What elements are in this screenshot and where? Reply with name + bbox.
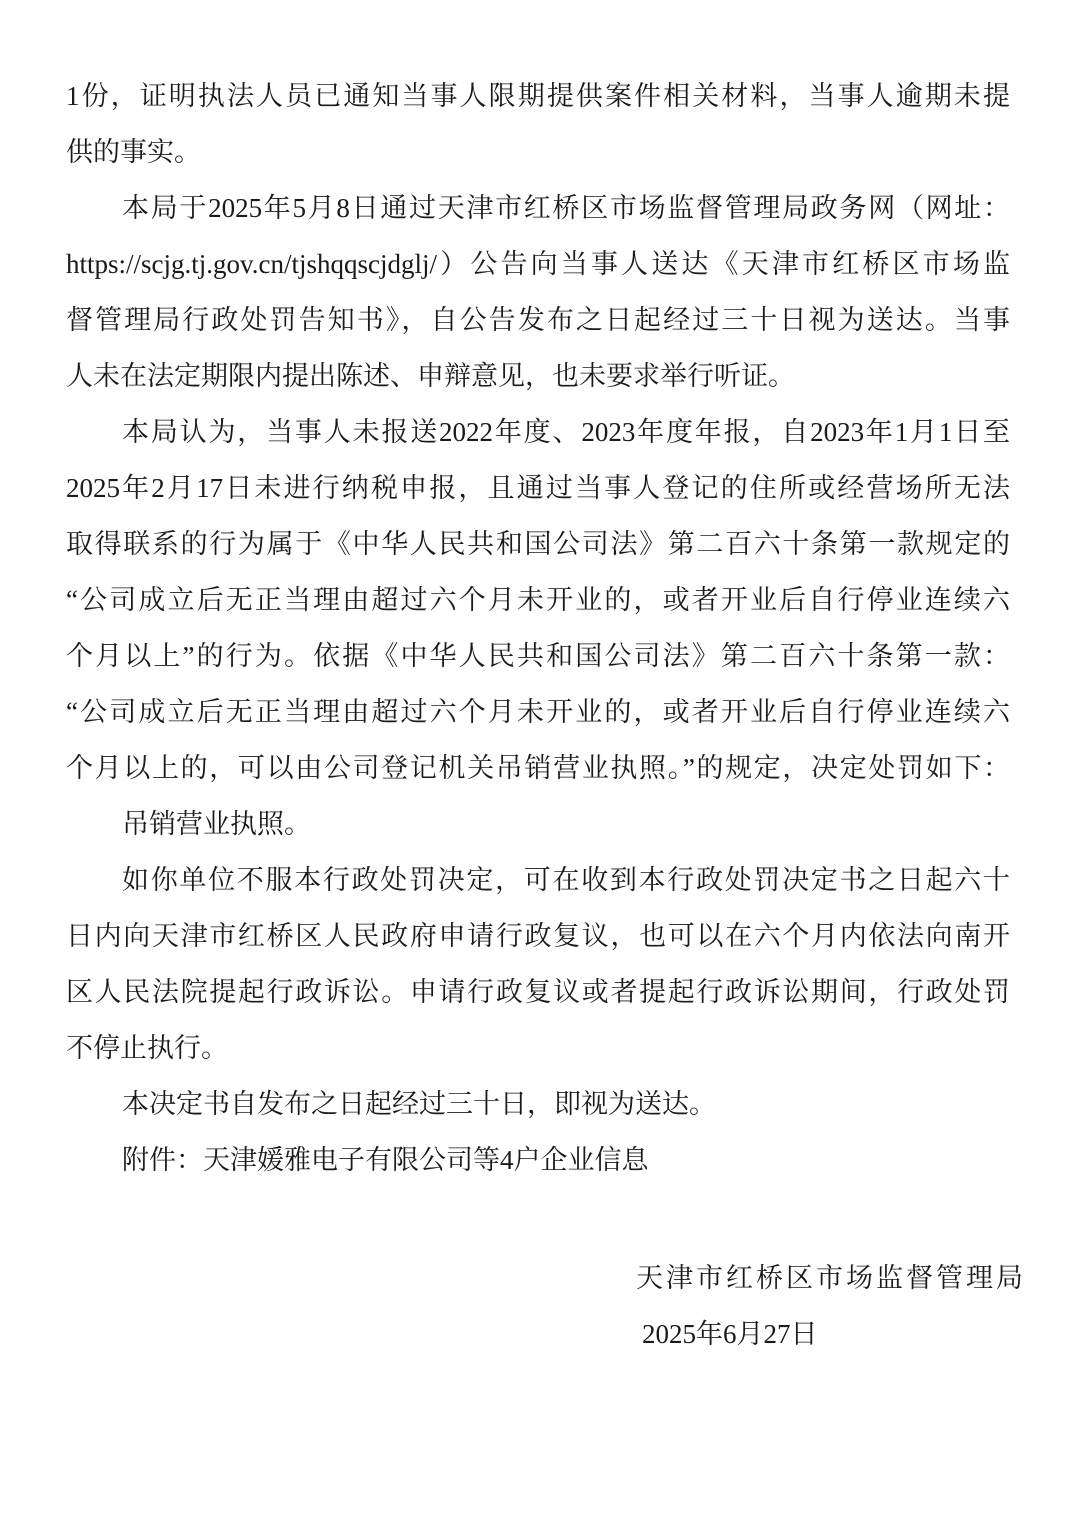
text-line: 不停止执行。	[66, 1031, 1010, 1065]
text-line: 供的事实。	[66, 135, 1010, 169]
attachment-line: 附件：天津媛雅电子有限公司等4户企业信息	[122, 1143, 1010, 1177]
penalty-line: 吊销营业执照。	[122, 807, 1010, 841]
document-page: 1份，证明执法人员已通知当事人限期提供案件相关材料，当事人逾期未提 供的事实。 …	[0, 0, 1074, 1520]
text-line: 日内向天津市红桥区人民政府申请行政复议，也可以在六个月内依法向南开	[66, 919, 1010, 953]
text-line: 1份，证明执法人员已通知当事人限期提供案件相关材料，当事人逾期未提	[66, 79, 1010, 113]
text-line: “公司成立后无正当理由超过六个月未开业的，或者开业后自行停业连续六	[66, 583, 1010, 617]
text-line-with-url: https://scjg.tj.gov.cn/tjshqqscjdglj/）公告…	[66, 247, 1010, 281]
text-line: 如你单位不服本行政处罚决定，可在收到本行政处罚决定书之日起六十	[122, 863, 1010, 897]
text-line: 本局认为，当事人未报送2022年度、2023年度年报，自2023年1月1日至	[122, 415, 1010, 449]
text-line: 取得联系的行为属于《中华人民共和国公司法》第二百六十条第一款规定的	[66, 527, 1010, 561]
text-line: 2025年2月17日未进行纳税申报，且通过当事人登记的住所或经营场所无法	[66, 471, 1010, 505]
text-line: 个月以上”的行为。依据《中华人民共和国公司法》第二百六十条第一款：	[66, 639, 1010, 673]
text-line: 本局于2025年5月8日通过天津市红桥区市场监督管理局政务网（网址：	[122, 191, 1010, 225]
issue-date: 2025年6月27日	[642, 1317, 818, 1351]
text-line: 本决定书自发布之日起经过三十日，即视为送达。	[122, 1087, 1010, 1121]
text-line: “公司成立后无正当理由超过六个月未开业的，或者开业后自行停业连续六	[66, 695, 1010, 729]
text-line: 个月以上的，可以由公司登记机关吊销营业执照。”的规定，决定处罚如下：	[66, 751, 1010, 785]
issuer-name: 天津市红桥区市场监督管理局	[636, 1261, 1026, 1295]
text-line: 区人民法院提起行政诉讼。申请行政复议或者提起行政诉讼期间，行政处罚	[66, 975, 1010, 1009]
text-line: 督管理局行政处罚告知书》，自公告发布之日起经过三十日视为送达。当事	[66, 303, 1010, 337]
text-line: 人未在法定期限内提出陈述、申辩意见，也未要求举行听证。	[66, 359, 1010, 393]
